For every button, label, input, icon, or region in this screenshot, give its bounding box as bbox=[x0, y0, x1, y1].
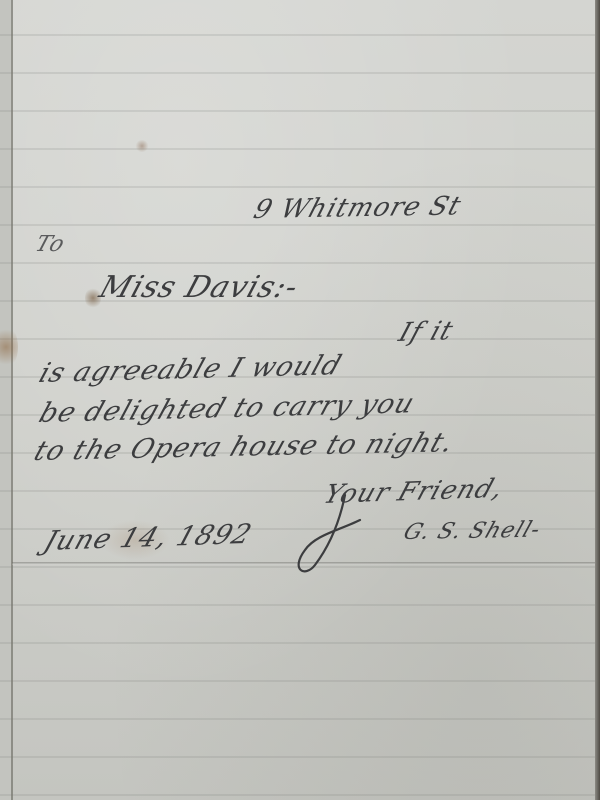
stain-mark bbox=[135, 140, 149, 152]
margin-rule bbox=[11, 0, 13, 800]
salutation: Miss Davis:- bbox=[95, 270, 303, 305]
right-paper-edge bbox=[595, 0, 600, 800]
body-line: If it bbox=[395, 316, 457, 348]
sender-address: 9 Whitmore St bbox=[250, 191, 465, 225]
signature: G. S. Shell- bbox=[400, 518, 544, 545]
pen-flourish-icon bbox=[285, 490, 365, 575]
letter-sheet: 9 Whitmore St To Miss Davis:- If it is a… bbox=[0, 0, 600, 800]
